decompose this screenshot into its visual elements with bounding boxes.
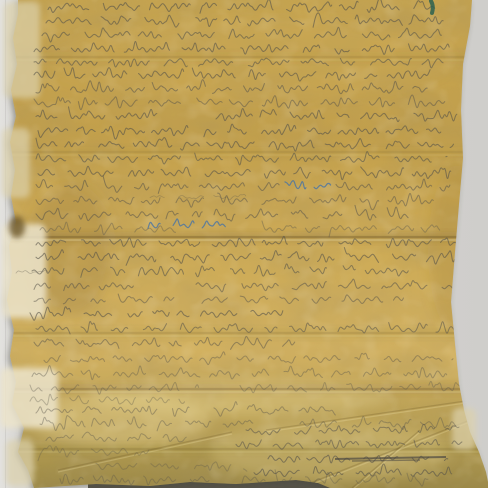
photo-of-letter	[0, 0, 488, 488]
letter-photo-scene	[0, 0, 488, 488]
ink-blot	[9, 216, 25, 238]
green-ink-mark	[431, 1, 433, 13]
